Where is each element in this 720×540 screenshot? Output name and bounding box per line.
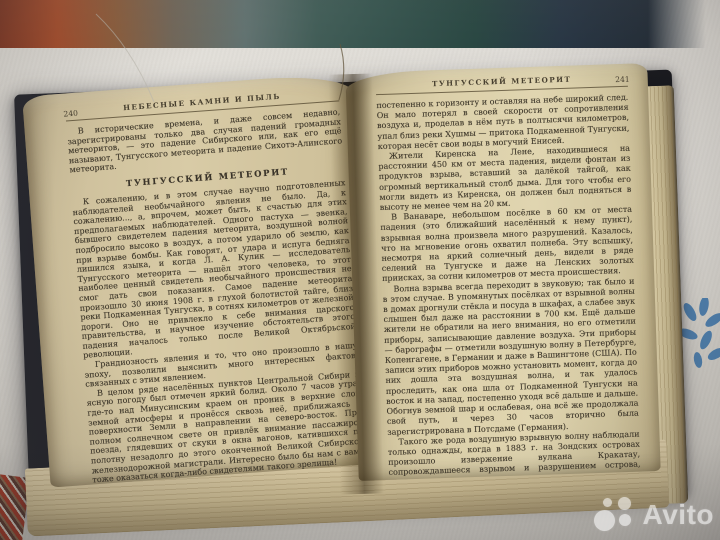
paragraph: постепенно к горизонту и оставляя на неб… [376, 93, 630, 152]
paragraph: К сожалению, и в этом случае научно подг… [72, 178, 357, 361]
left-page: 240 НЕБЕСНЫЕ КАМНИ И ПЫЛЬ В исторические… [22, 72, 380, 487]
page-number-left: 240 [63, 109, 78, 119]
right-page: ТУНГУССКИЙ МЕТЕОРИТ 241 постепенно к гор… [345, 63, 660, 481]
running-head-right: ТУНГУССКИЙ МЕТЕОРИТ 241 [376, 73, 628, 95]
running-head-title: ТУНГУССКИЙ МЕТЕОРИТ [432, 75, 572, 89]
avito-watermark: Avito [594, 497, 714, 533]
paragraph: В Ванаваре, небольшом посёлке в 60 км от… [380, 205, 634, 285]
running-head-title: НЕБЕСНЫЕ КАМНИ И ПЫЛЬ [123, 92, 281, 113]
paragraph: Волна взрыва всегда переходит в звуковую… [382, 276, 639, 437]
left-page-text: В исторические времена, и даже совсем не… [66, 107, 367, 487]
watermark-label: Avito [643, 501, 714, 529]
right-page-text: постепенно к горизонту и оставляя на неб… [376, 93, 642, 481]
paragraph: Жители Киренска на Лене, находившиеся на… [378, 144, 632, 214]
avito-logo-icon [594, 497, 636, 533]
page-number-right: 241 [615, 75, 630, 84]
book-photo: 240 НЕБЕСНЫЕ КАМНИ И ПЫЛЬ В исторические… [0, 0, 720, 540]
table-fabric-strip [0, 0, 720, 48]
